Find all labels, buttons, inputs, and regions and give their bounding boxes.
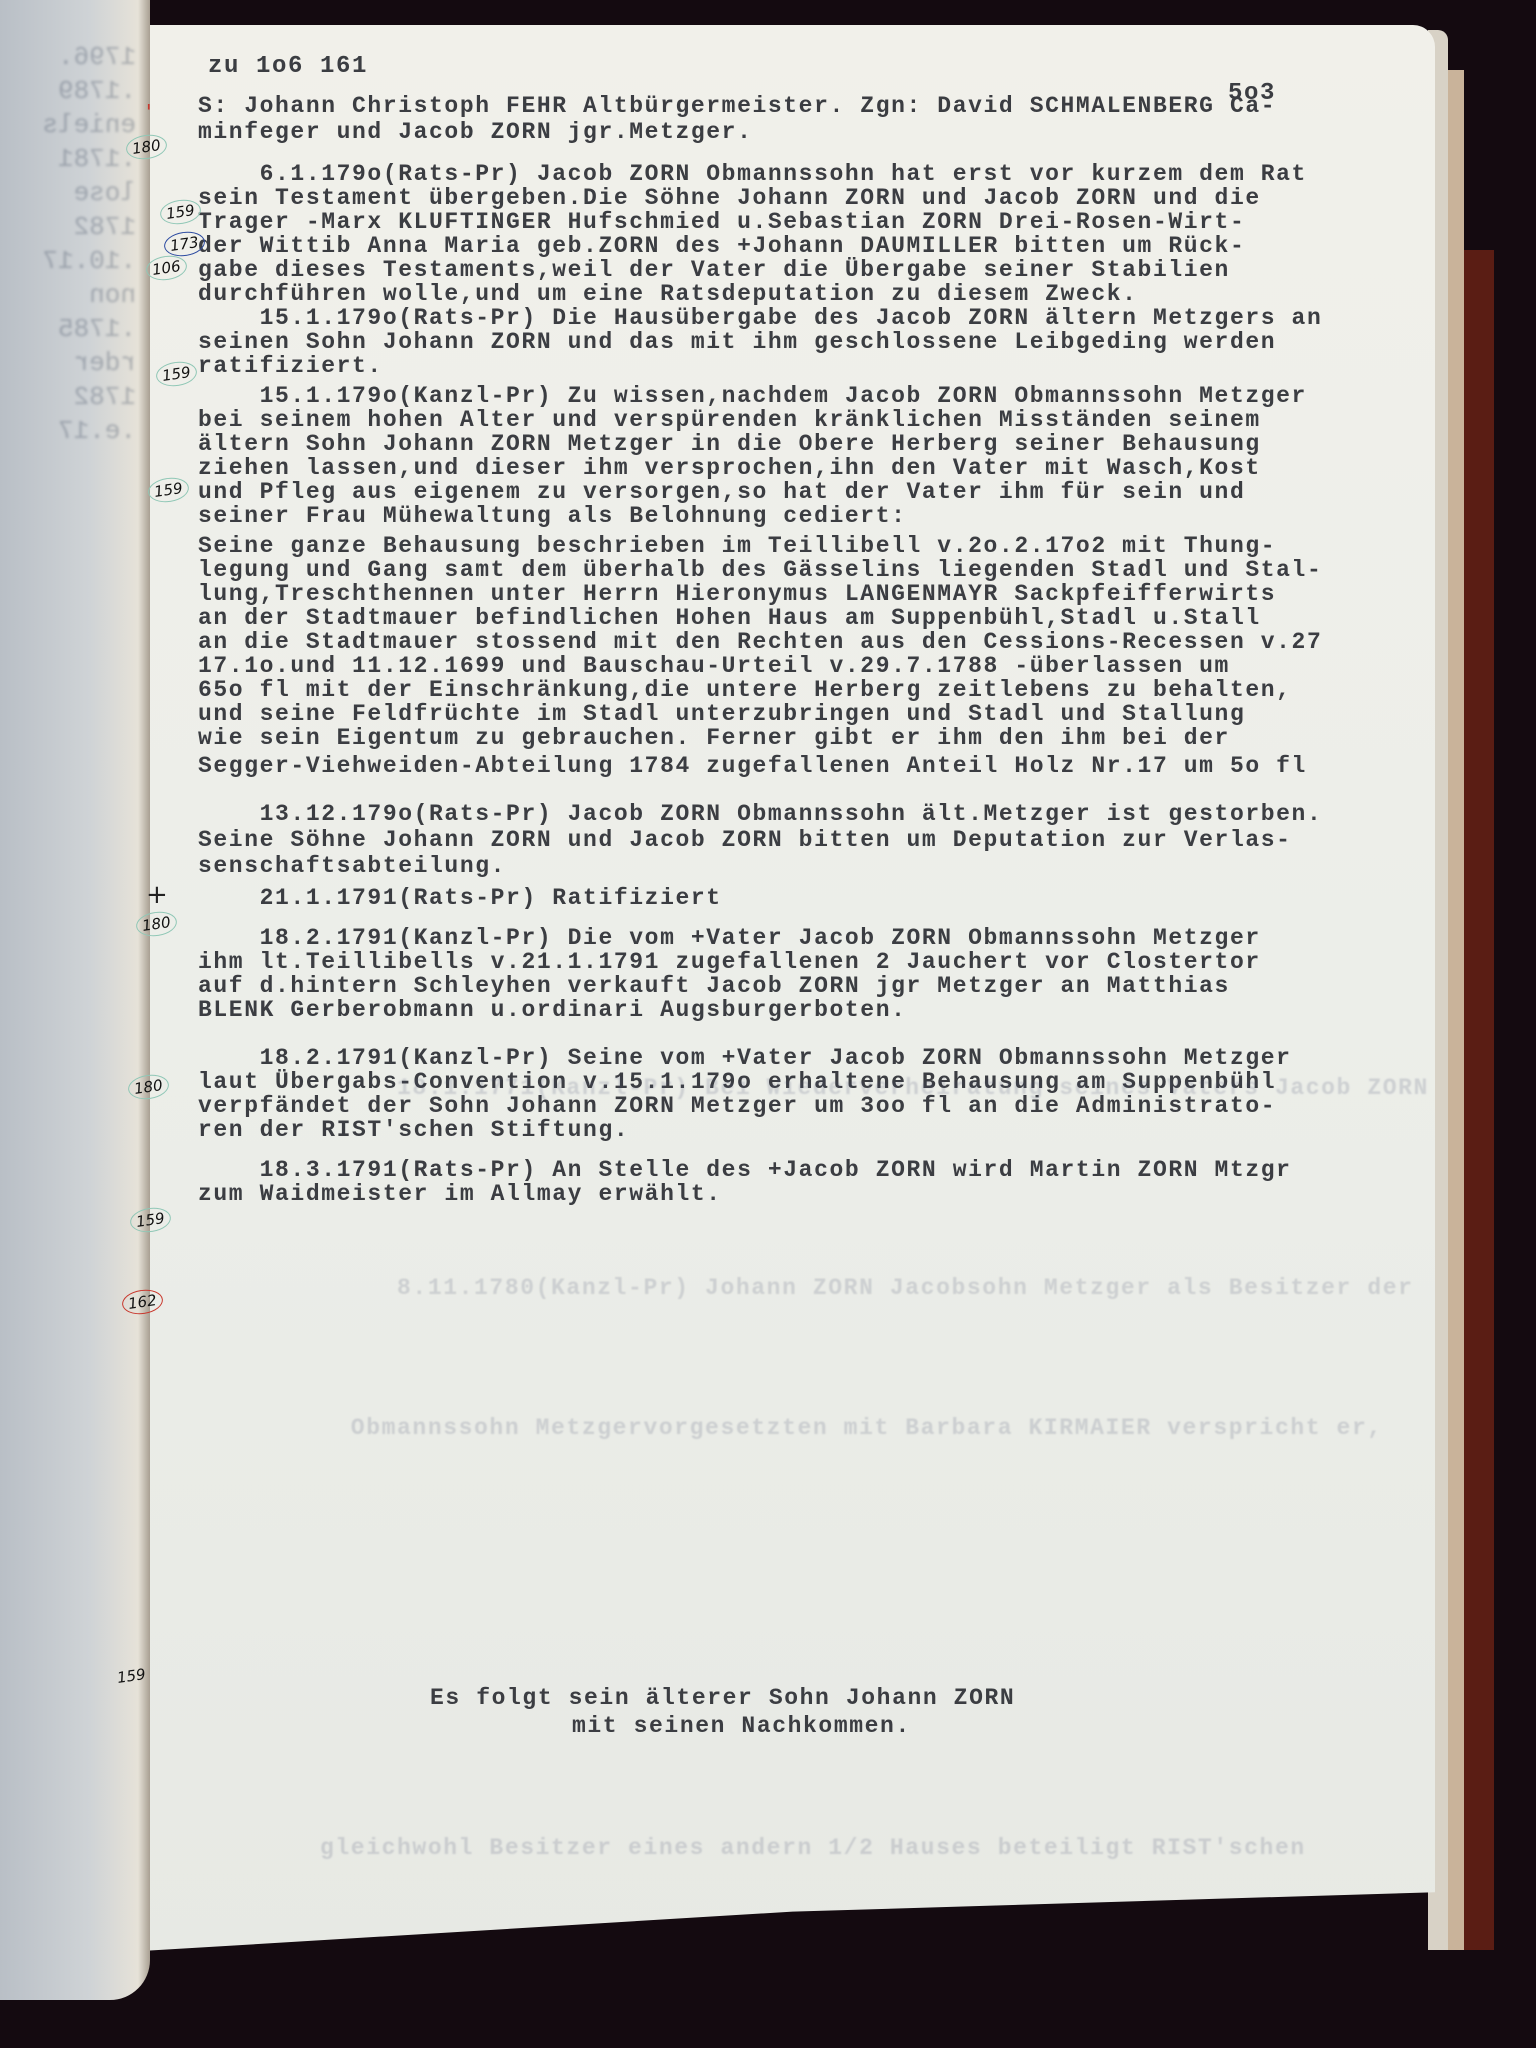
text-line: 15.1.179o(Kanzl-Pr) Zu wissen,nachdem Ja… <box>198 383 1307 409</box>
text-line: auf d.hintern Schleyhen verkauft Jacob Z… <box>198 973 1230 999</box>
text-line: ratifiziert. <box>198 353 383 379</box>
red-tick-mark: ' <box>146 100 152 124</box>
text-line: ziehen lassen,und dieser ihm versprochen… <box>198 455 1261 481</box>
text-line: ältern Sohn Johann ZORN Metzger in die O… <box>198 431 1261 457</box>
text-line: senschaftsabteilung. <box>198 853 506 879</box>
book-cover-edge <box>1464 250 1494 1950</box>
text-line: zum Waidmeister im Allmay erwählt. <box>198 1181 722 1207</box>
text-line: Seine ganze Behausung beschrieben im Tei… <box>198 533 1276 559</box>
header-reference: zu 1o6 161 <box>208 53 368 80</box>
previous-page: 1796. .1789 eniels .1781 lose 1782 .10.1… <box>0 0 150 2000</box>
text-line: und seine Feldfrüchte im Stadl unterzubr… <box>198 701 1245 727</box>
text-line: 18.2.1791(Kanzl-Pr) Die vom +Vater Jacob… <box>198 925 1261 951</box>
text-line: 65o fl mit der Einschränkung,die untere … <box>198 677 1292 703</box>
closing-line: Es folgt sein älterer Sohn Johann ZORN <box>430 1685 1015 1711</box>
text-line: durchführen wolle,und um eine Ratsdeputa… <box>198 281 1138 307</box>
text-line: Trager -Marx KLUFTINGER Hufschmied u.Seb… <box>198 209 1245 235</box>
text-line: legung und Gang samt dem überhalb des Gä… <box>198 557 1322 583</box>
text-line: seinen Sohn Johann ZORN und das mit ihm … <box>198 329 1276 355</box>
death-cross-mark: + <box>146 880 168 910</box>
text-line: wie sein Eigentum zu gebrauchen. Ferner … <box>198 725 1230 751</box>
text-line: ihm lt.Teillibells v.21.1.1791 zugefalle… <box>198 949 1261 975</box>
text-line: der Wittib Anna Maria geb.ZORN des +Joha… <box>198 233 1245 259</box>
text-line: an die Stadtmauer stossend mit den Recht… <box>198 629 1322 655</box>
text-line: 21.1.1791(Rats-Pr) Ratifiziert <box>198 885 722 911</box>
text-line: und Pfleg aus eigenem zu versorgen,so ha… <box>198 479 1245 505</box>
previous-page-bleed-text: 1796. .1789 eniels .1781 lose 1782 .10.1… <box>6 40 136 448</box>
text-line: 18.2.1791(Kanzl-Pr) Seine vom +Vater Jac… <box>198 1045 1292 1071</box>
text-line: sein Testament übergeben.Die Söhne Johan… <box>198 185 1261 211</box>
page-body: zu 1o6 161 5o3 S: Johann Christoph FEHR … <box>150 25 1435 1970</box>
text-line: 18.3.1791(Rats-Pr) An Stelle des +Jacob … <box>198 1157 1292 1183</box>
text-line: Segger-Viehweiden-Abteilung 1784 zugefal… <box>198 753 1307 779</box>
typewritten-page: zu 1o6 161 5o3 S: Johann Christoph FEHR … <box>150 25 1435 1970</box>
text-line: 13.12.179o(Rats-Pr) Jacob ZORN Obmannsso… <box>198 801 1322 827</box>
text-line: gabe dieses Testaments,weil der Vater di… <box>198 257 1230 283</box>
text-line: 6.1.179o(Rats-Pr) Jacob ZORN Obmannssohn… <box>198 161 1307 187</box>
text-line: lung,Treschthennen unter Herrn Hieronymu… <box>198 581 1276 607</box>
text-line: ren der RIST'schen Stiftung. <box>198 1117 629 1143</box>
text-line: 15.1.179o(Rats-Pr) Die Hausübergabe des … <box>198 305 1322 331</box>
closing-line: mit seinen Nachkommen. <box>572 1713 911 1739</box>
text-line: 17.1o.und 11.12.1699 und Bauschau-Urteil… <box>198 653 1230 679</box>
text-line: an der Stadtmauer befindlichen Hohen Hau… <box>198 605 1261 631</box>
text-line: S: Johann Christoph FEHR Altbürgermeiste… <box>198 93 1276 119</box>
page-stack-edge <box>1446 70 1464 1950</box>
text-line: Seine Söhne Johann ZORN und Jacob ZORN b… <box>198 827 1292 853</box>
text-line: minfeger und Jacob ZORN jgr.Metzger. <box>198 119 752 145</box>
text-line: BLENK Gerberobmann u.ordinari Augsburger… <box>198 997 907 1023</box>
text-line: bei seinem hohen Alter und verspürenden … <box>198 407 1261 433</box>
text-line: seiner Frau Mühewaltung als Belohnung ce… <box>198 503 907 529</box>
